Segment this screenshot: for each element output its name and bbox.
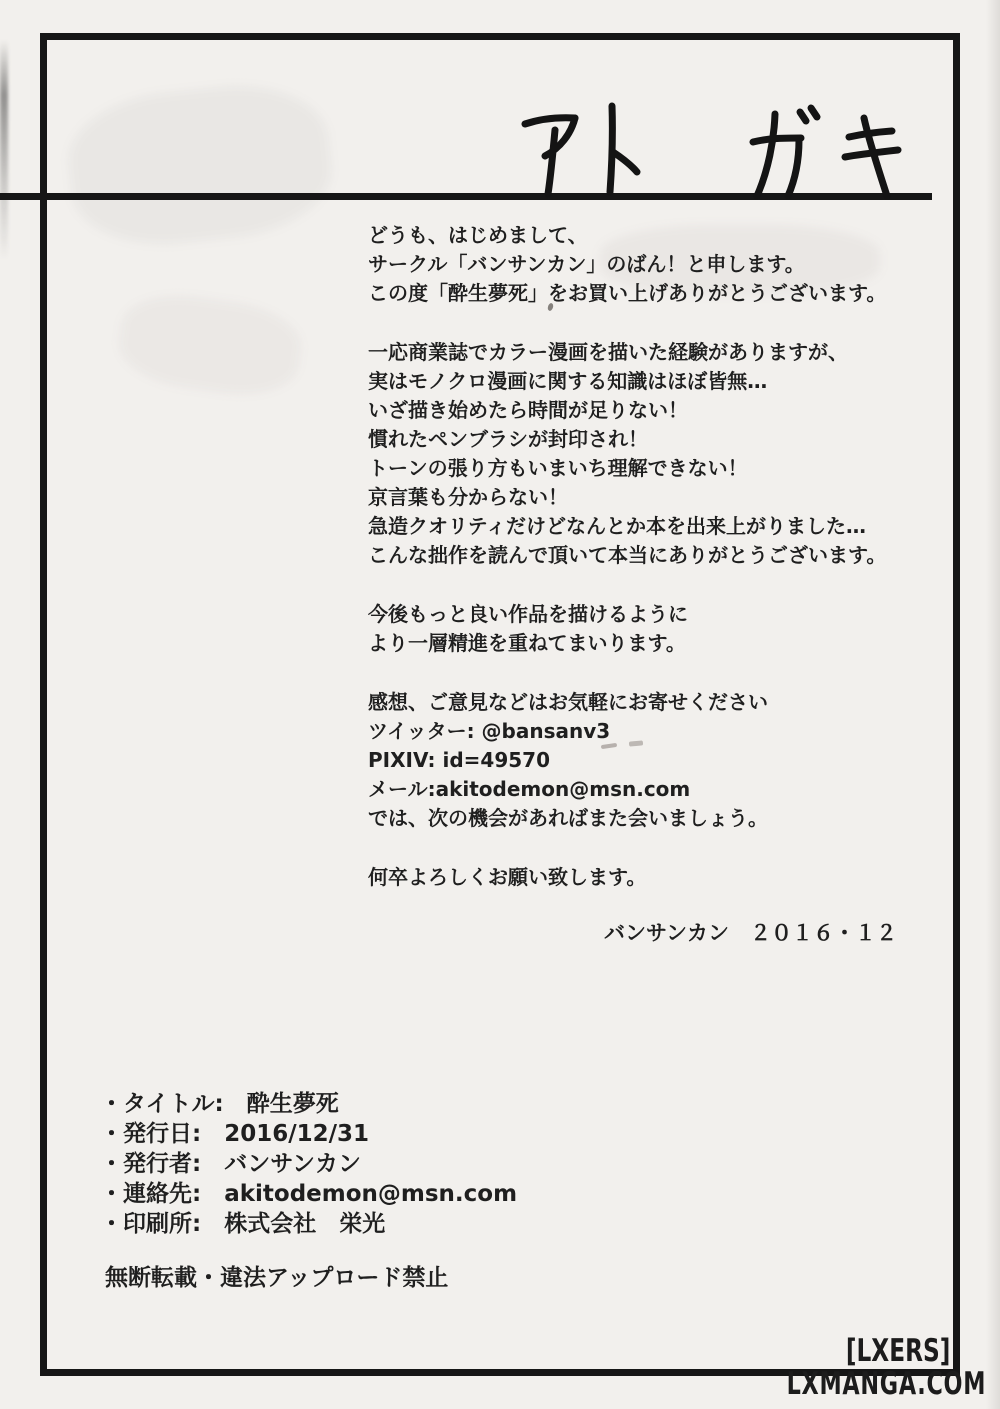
title-stroke bbox=[753, 138, 801, 142]
colophon-block: ・タイトル: 酔生夢死 ・発行日: 2016/12/31 ・発行者: バンサンカ… bbox=[100, 1089, 517, 1239]
body-line: 実はモノクロ漫画に関する知識はほぼ皆無… bbox=[368, 367, 943, 396]
body-line: こんな拙作を読んで頂いて本当にありがとうございます。 bbox=[368, 541, 943, 570]
body-line-email: メール:akitodemon@msn.com bbox=[368, 775, 943, 804]
body-line: 慣れたペンブラシが封印され！ bbox=[368, 425, 943, 454]
title-stroke bbox=[548, 130, 555, 194]
paragraph-greeting: どうも、はじめまして、 サークル「バンサンカン」のばん！と申します。 この度「酔… bbox=[368, 221, 943, 308]
watermark-lxers: [LXERS] bbox=[845, 1333, 950, 1369]
body-line: より一層精進を重ねてまいります。 bbox=[368, 629, 943, 658]
scan-edge-smudge bbox=[0, 40, 8, 260]
atogaki-title bbox=[505, 86, 935, 200]
body-line: 京言葉も分からない！ bbox=[368, 483, 943, 512]
colophon-printer: ・印刷所: 株式会社 栄光 bbox=[100, 1209, 517, 1239]
paragraph-struggles: 一応商業誌でカラー漫画を描いた経験がありますが、 実はモノクロ漫画に関する知識は… bbox=[368, 338, 943, 570]
title-stroke bbox=[811, 108, 817, 117]
no-reupload-notice: 無断転載・違法アップロード禁止 bbox=[105, 1259, 448, 1292]
body-line: 感想、ご意見などはお気軽にお寄せください bbox=[368, 688, 943, 717]
watermark-lxmanga: LXMANGA.COM bbox=[786, 1366, 986, 1402]
colophon-publisher: ・発行者: バンサンカン bbox=[100, 1149, 517, 1179]
body-line: 一応商業誌でカラー漫画を描いた経験がありますが、 bbox=[368, 338, 943, 367]
body-line: 何卒よろしくお願い致します。 bbox=[368, 863, 943, 892]
colophon-contact: ・連絡先: akitodemon@msn.com bbox=[100, 1179, 517, 1209]
title-stroke bbox=[545, 118, 575, 156]
body-line-twitter: ツイッター: @bansanv3 bbox=[368, 717, 943, 746]
afterword-body: どうも、はじめまして、 サークル「バンサンカン」のばん！と申します。 この度「酔… bbox=[368, 221, 943, 922]
title-stroke bbox=[613, 152, 637, 172]
colophon-publish-date: ・発行日: 2016/12/31 bbox=[100, 1119, 517, 1149]
paragraph-closing: 何卒よろしくお願い致します。 bbox=[368, 863, 943, 892]
body-line-pixiv: PIXIV: id=49570 bbox=[368, 746, 943, 775]
body-line: この度「酔生夢死」をお買い上げありがとうございます。 bbox=[368, 279, 943, 308]
paragraph-resolution: 今後もっと良い作品を描けるように より一層精進を重ねてまいります。 bbox=[368, 600, 943, 658]
body-line: では、次の機会があればまた会いましょう。 bbox=[368, 804, 943, 833]
body-line: 今後もっと良い作品を描けるように bbox=[368, 600, 943, 629]
title-stroke bbox=[757, 114, 775, 196]
body-line: どうも、はじめまして、 bbox=[368, 221, 943, 250]
title-stroke bbox=[525, 118, 575, 124]
colophon-title: ・タイトル: 酔生夢死 bbox=[100, 1089, 517, 1119]
paragraph-contact: 感想、ご意見などはお気軽にお寄せください ツイッター: @bansanv3 PI… bbox=[368, 688, 943, 833]
afterword-page: どうも、はじめまして、 サークル「バンサンカン」のばん！と申します。 この度「酔… bbox=[0, 0, 1000, 1409]
body-line: トーンの張り方もいまいち理解できない！ bbox=[368, 454, 943, 483]
scan-edge-shade bbox=[986, 0, 1000, 1409]
body-line: サークル「バンサンカン」のばん！と申します。 bbox=[368, 250, 943, 279]
body-line: 急造クオリティだけどなんとか本を出来上がりました… bbox=[368, 512, 943, 541]
body-line: いざ描き始めたら時間が足りない！ bbox=[368, 396, 943, 425]
title-stroke bbox=[800, 112, 806, 121]
title-stroke bbox=[788, 140, 799, 196]
signature-line: バンサンカン ２０１６・１２ bbox=[604, 917, 897, 947]
